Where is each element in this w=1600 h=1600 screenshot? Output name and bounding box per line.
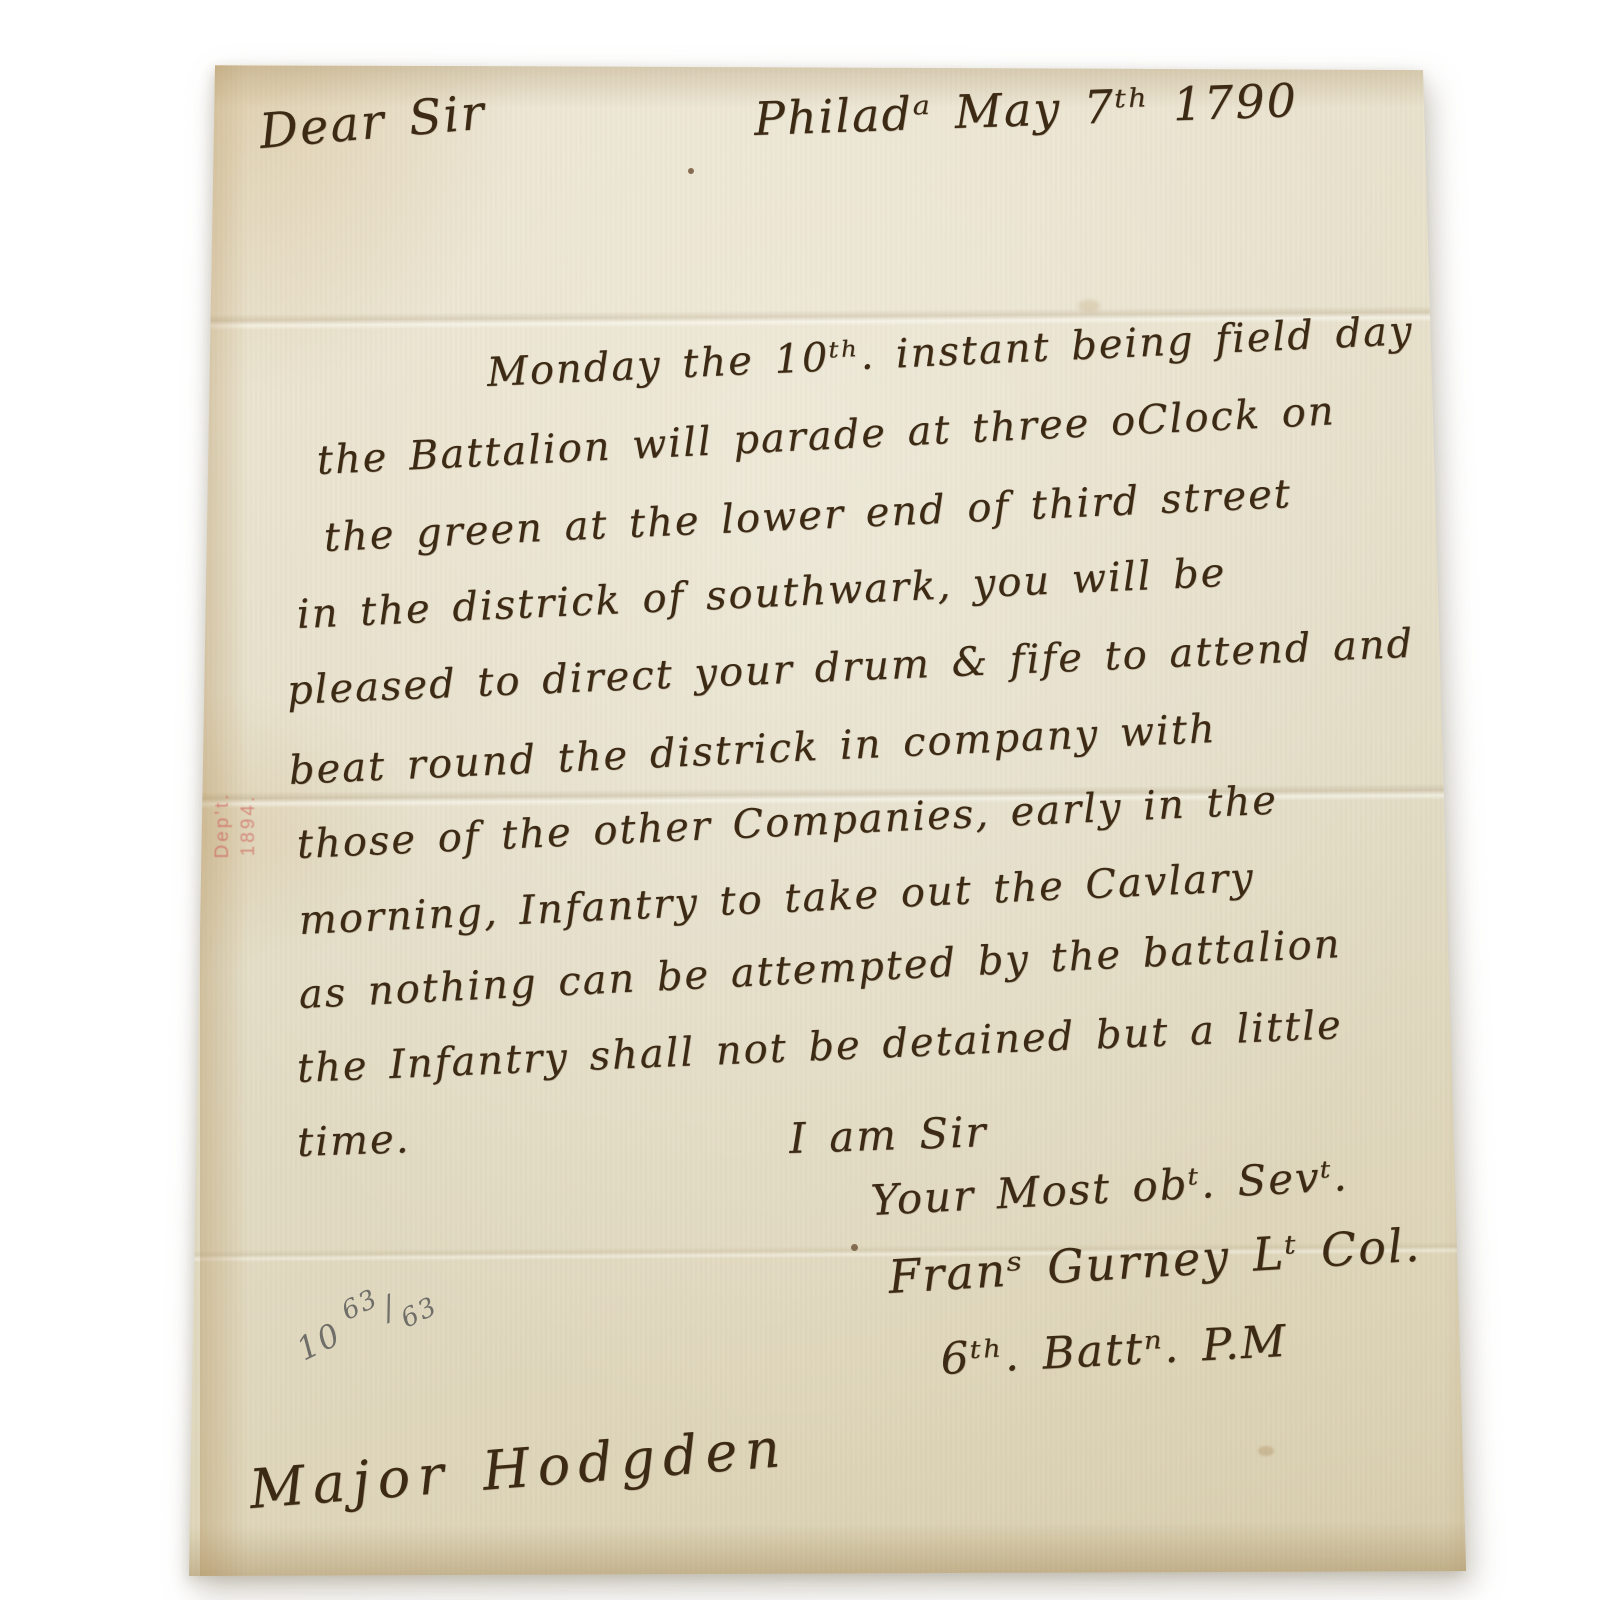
accession-stamp-line: Dep't. xyxy=(210,710,236,940)
signature: Franˢ Gurney Lᵗ Col. xyxy=(887,1218,1423,1304)
stain-spot xyxy=(1078,300,1100,312)
signature-unit: 6ᵗʰ. Battⁿ. P.M xyxy=(939,1316,1289,1385)
letter-line: beat round the districk in company with xyxy=(288,706,1218,794)
accession-stamp-line: 1894. xyxy=(236,710,262,940)
right-edge-shading xyxy=(1444,60,1480,1580)
stain-spot xyxy=(851,1244,858,1251)
letter-line: the Infantry shall not be detained but a… xyxy=(296,1002,1343,1092)
paper-shadow: Philadᵃ May 7ᵗʰ 1790 Dear Sir Monday the… xyxy=(0,0,1600,1600)
letter-line: time. xyxy=(296,1116,411,1166)
salutation: Dear Sir xyxy=(257,84,488,160)
dateline: Philadᵃ May 7ᵗʰ 1790 xyxy=(753,73,1299,146)
closing-line: I am Sir xyxy=(788,1107,988,1163)
bottom-edge-shading xyxy=(176,1521,1472,1580)
stain-spot xyxy=(1258,1446,1274,1456)
letter-line: pleased to direct your drum & fife to at… xyxy=(286,621,1415,714)
addressee: Major Hodgden xyxy=(247,1416,790,1521)
pencil-catalog-number: 10 63/63 xyxy=(289,1267,440,1374)
letter-paper: Philadᵃ May 7ᵗʰ 1790 Dear Sir Monday the… xyxy=(0,0,1600,1600)
closing-line: Your Most obᵗ. Sevᵗ. xyxy=(869,1151,1349,1225)
pencil-denominator: 63 xyxy=(396,1291,442,1334)
stain-spot xyxy=(688,168,694,174)
letter-line: the green at the lower end of third stre… xyxy=(323,471,1293,561)
letter-line: Monday the 10ᵗʰ. instant being field day xyxy=(486,308,1415,396)
pencil-prefix: 10 xyxy=(291,1315,348,1369)
letter-line: the Battalion will parade at three oCloc… xyxy=(316,388,1337,484)
letter-line: those of the other Companies, early in t… xyxy=(296,778,1279,868)
accession-stamp: Dep't. 1894. xyxy=(210,710,320,940)
photo-background: Philadᵃ May 7ᵗʰ 1790 Dear Sir Monday the… xyxy=(0,0,1600,1600)
letter-line: morning, Infantry to take out the Cavlar… xyxy=(298,855,1256,944)
letter-line: in the districk of southwark, you will b… xyxy=(296,550,1227,638)
pencil-numerator: 63 xyxy=(337,1283,383,1326)
